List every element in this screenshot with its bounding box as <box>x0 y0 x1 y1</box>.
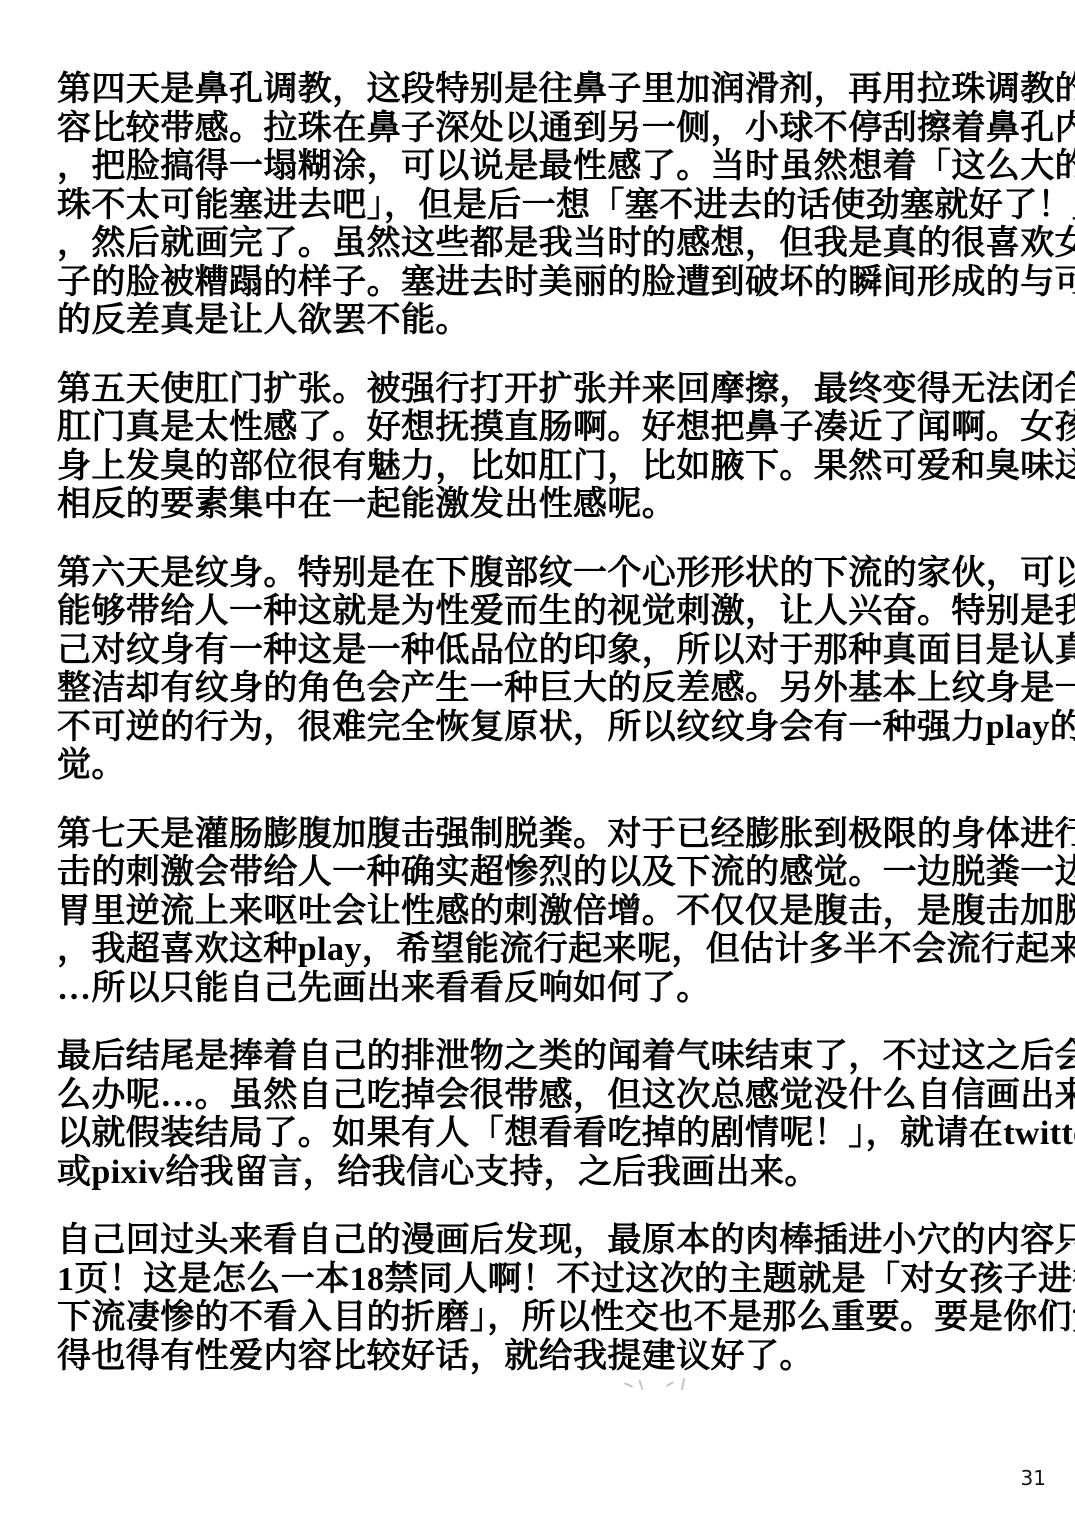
text-line: 得也得有性爱内容比较好话，就给我提建议好了。 <box>57 1338 1032 1377</box>
text-line: …所以只能自己先画出来看看反响如何了。 <box>57 970 1032 1009</box>
text-line: 身上发臭的部位很有魅力，比如肛门，比如腋下。果然可爱和臭味这样 <box>57 448 1032 487</box>
page-number: 31 <box>1021 1466 1046 1490</box>
text-line: 不可逆的行为，很难完全恢复原状，所以纹纹身会有一种强力play的感 <box>57 709 1032 748</box>
text-line: 1页！这是怎么一本18禁同人啊！不过这次的主题就是「对女孩子进行 <box>57 1261 1032 1300</box>
paragraph-day-7: 第七天是灌肠膨腹加腹击强制脱粪。对于已经膨胀到极限的身体进行腹击的刺激会带给人一… <box>57 816 1032 1009</box>
text-line: 觉。 <box>57 747 1032 786</box>
text-line: 自己回过头来看自己的漫画后发现，最原本的肉棒插进小穴的内容只有 <box>57 1222 1032 1261</box>
text-line: 胃里逆流上来呕吐会让性感的刺激倍增。不仅仅是腹击，是腹击加脱粪 <box>57 893 1032 932</box>
text-line: 能够带给人一种这就是为性爱而生的视觉刺激，让人兴奋。特别是我自 <box>57 593 1032 632</box>
text-line: 第五天使肛门扩张。被强行打开扩张并来回摩擦，最终变得无法闭合的 <box>57 371 1032 410</box>
text-line: 击的刺激会带给人一种确实超惨烈的以及下流的感觉。一边脱粪一边从 <box>57 854 1032 893</box>
paragraph-ending: 最后结尾是捧着自己的排泄物之类的闻着气味结束了，不过这之后会怎么办呢…。虽然自己… <box>57 1038 1032 1192</box>
document-page: 第四天是鼻孔调教，这段特别是往鼻子里加润滑剂，再用拉珠调教的内容比较带感。拉珠在… <box>0 0 1075 1518</box>
text-line: 肛门真是太性感了。好想抚摸直肠啊。好想把鼻子凑近了闻啊。女孩子 <box>57 409 1032 448</box>
paragraph-retrospective: 自己回过头来看自己的漫画后发现，最原本的肉棒插进小穴的内容只有1页！这是怎么一本… <box>57 1222 1032 1376</box>
paragraph-day-5: 第五天使肛门扩张。被强行打开扩张并来回摩擦，最终变得无法闭合的肛门真是太性感了。… <box>57 371 1032 525</box>
text-line: 以就假装结局了。如果有人「想看看吃掉的剧情呢！」，就请在twitter <box>57 1115 1032 1154</box>
text-line: 下流凄惨的不看入目的折磨」，所以性交也不是那么重要。要是你们觉 <box>57 1299 1032 1338</box>
text-line: 的反差真是让人欲罢不能。 <box>57 302 1032 341</box>
text-line: ，把脸搞得一塌糊涂，可以说是最性感了。当时虽然想着「这么大的拉 <box>57 148 1032 187</box>
text-line: ，我超喜欢这种play，希望能流行起来呢，但估计多半不会流行起来… <box>57 931 1032 970</box>
text-line: 相反的要素集中在一起能激发出性感呢。 <box>57 486 1032 525</box>
text-line: 最后结尾是捧着自己的排泄物之类的闻着气味结束了，不过这之后会怎 <box>57 1038 1032 1077</box>
paragraph-day-6: 第六天是纹身。特别是在下腹部纹一个心形形状的下流的家伙，可以说能够带给人一种这就… <box>57 555 1032 786</box>
text-line: 子的脸被糟蹋的样子。塞进去时美丽的脸遭到破坏的瞬间形成的与可爱 <box>57 264 1032 303</box>
document-body: 第四天是鼻孔调教，这段特别是往鼻子里加润滑剂，再用拉珠调教的内容比较带感。拉珠在… <box>57 71 1032 1406</box>
text-line: 第六天是纹身。特别是在下腹部纹一个心形形状的下流的家伙，可以说 <box>57 555 1032 594</box>
text-line: 第七天是灌肠膨腹加腹击强制脱粪。对于已经膨胀到极限的身体进行腹 <box>57 816 1032 855</box>
text-line: ，然后就画完了。虽然这些都是我当时的感想，但我是真的很喜欢女孩 <box>57 225 1032 264</box>
text-line: 珠不太可能塞进去吧」，但是后一想「塞不进去的话使劲塞就好了！」 <box>57 187 1032 226</box>
text-line: 么办呢…。虽然自己吃掉会很带感，但这次总感觉没什么自信画出来所 <box>57 1077 1032 1116</box>
text-line: 整洁却有纹身的角色会产生一种巨大的反差感。另外基本上纹身是一种 <box>57 670 1032 709</box>
paragraph-day-4: 第四天是鼻孔调教，这段特别是往鼻子里加润滑剂，再用拉珠调教的内容比较带感。拉珠在… <box>57 71 1032 341</box>
text-line: 第四天是鼻孔调教，这段特别是往鼻子里加润滑剂，再用拉珠调教的内 <box>57 71 1032 110</box>
text-line: 或pixiv给我留言，给我信心支持，之后我画出来。 <box>57 1154 1032 1193</box>
text-line: 容比较带感。拉珠在鼻子深处以通到另一侧，小球不停刮擦着鼻孔内侧 <box>57 110 1032 149</box>
text-line: 己对纹身有一种这是一种低品位的印象，所以对于那种真面目是认真、 <box>57 632 1032 671</box>
